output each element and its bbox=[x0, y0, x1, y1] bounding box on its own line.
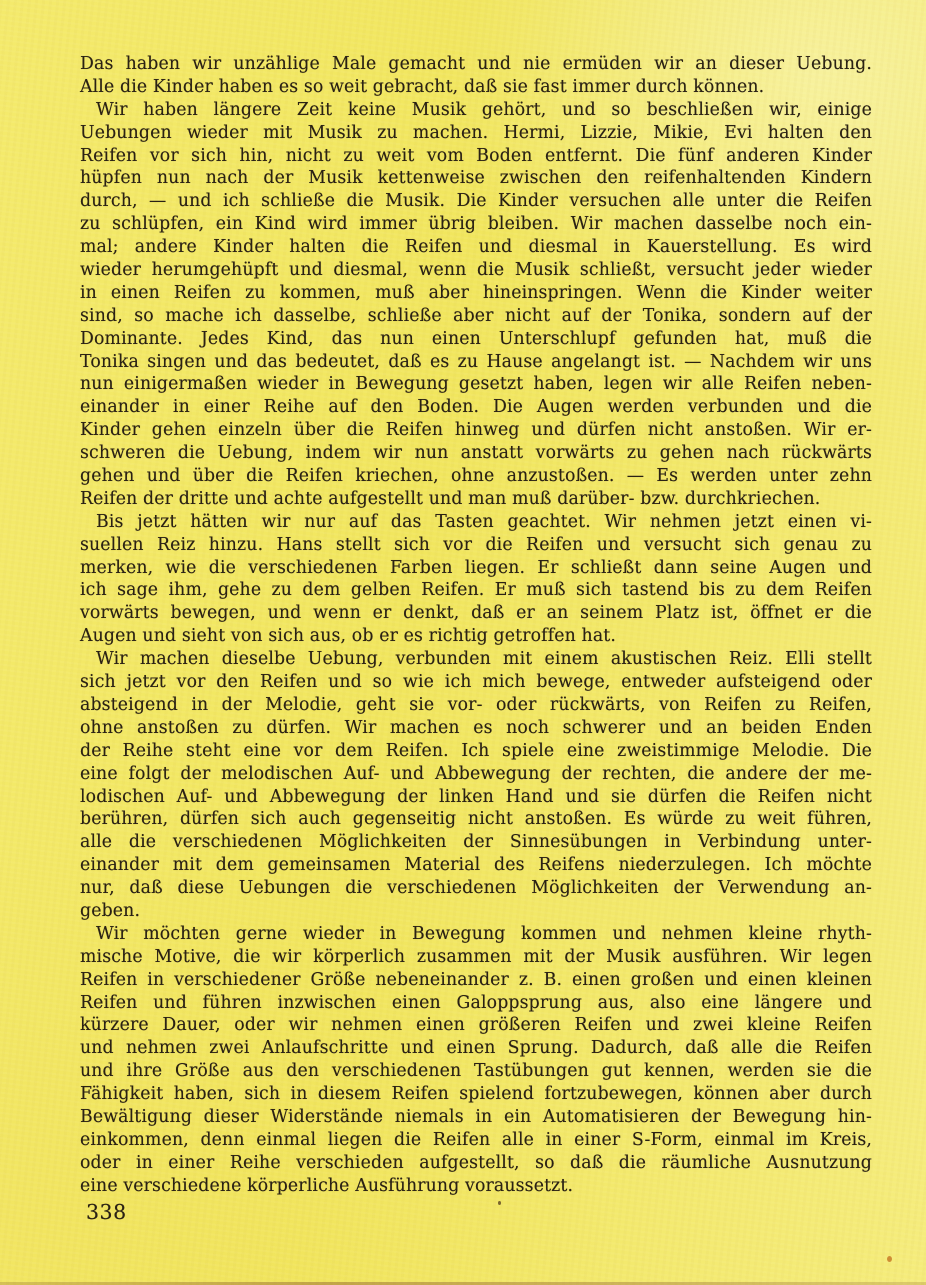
text-line: Wir möchten gerne wieder in Bewegung kom… bbox=[80, 923, 872, 946]
paper-speck bbox=[887, 1256, 892, 1262]
text-line: einander mit dem gemeinsamen Material de… bbox=[80, 854, 872, 877]
text-line: Reifen und führen inzwischen einen Galop… bbox=[80, 992, 872, 1015]
text-line: Kinder gehen einzeln über die Reifen hin… bbox=[80, 419, 872, 442]
text-line: und nehmen zwei Anlaufschritte und einen… bbox=[80, 1037, 872, 1060]
text-line: sind, so mache ich dasselbe, schließe ab… bbox=[80, 305, 872, 328]
text-line: der Reihe steht eine vor dem Reifen. Ich… bbox=[80, 740, 872, 763]
text-line: Bis jetzt hätten wir nur auf das Tasten … bbox=[80, 511, 872, 534]
text-line: Reifen vor sich hin, nicht zu weit vom B… bbox=[80, 145, 872, 168]
text-line: nun einigermaßen wieder in Bewegung gese… bbox=[80, 373, 872, 396]
text-line: Reifen der dritte und achte aufgestellt … bbox=[80, 488, 872, 511]
text-line: berühren, dürfen sich auch gegenseitig n… bbox=[80, 808, 872, 831]
text-line: ohne anstoßen zu dürfen. Wir machen es n… bbox=[80, 717, 872, 740]
text-line: einkommen, denn einmal liegen die Reifen… bbox=[80, 1129, 872, 1152]
text-line: gehen und über die Reifen kriechen, ohne… bbox=[80, 465, 872, 488]
text-line: oder in einer Reihe verschieden aufgeste… bbox=[80, 1152, 872, 1175]
text-line: Uebungen wieder mit Musik zu machen. Her… bbox=[80, 122, 872, 145]
text-line: kürzere Dauer, oder wir nehmen einen grö… bbox=[80, 1014, 872, 1037]
text-line: ich sage ihm, gehe zu dem gelben Reifen.… bbox=[80, 579, 872, 602]
text-line: geben. bbox=[80, 900, 872, 923]
text-line: Tonika singen und das bedeutet, daß es z… bbox=[80, 351, 872, 374]
text-line: Dominante. Jedes Kind, das nun einen Unt… bbox=[80, 328, 872, 351]
text-line: merken, wie die verschiedenen Farben lie… bbox=[80, 557, 872, 580]
text-line: Reifen in verschiedener Größe nebeneinan… bbox=[80, 969, 872, 992]
text-line: mische Motive, die wir körperlich zusamm… bbox=[80, 946, 872, 969]
text-line: mal; andere Kinder halten die Reifen und… bbox=[80, 236, 872, 259]
text-line: eine folgt der melodischen Auf- und Abbe… bbox=[80, 763, 872, 786]
text-line: Alle die Kinder haben es so weit gebrach… bbox=[80, 76, 872, 99]
text-line: schweren die Uebung, indem wir nun ansta… bbox=[80, 442, 872, 465]
text-line: wieder herumgehüpft und diesmal, wenn di… bbox=[80, 259, 872, 282]
text-line: lodischen Auf- und Abbewegung der linken… bbox=[80, 786, 872, 809]
text-line: absteigend in der Melodie, geht sie vor-… bbox=[80, 694, 872, 717]
scanned-book-page: { "page": { "number": "338", "language":… bbox=[0, 0, 926, 1285]
text-line: Das haben wir unzählige Male gemacht und… bbox=[80, 53, 872, 76]
text-line: suellen Reiz hinzu. Hans stellt sich vor… bbox=[80, 534, 872, 557]
text-line: Fähigkeit haben, sich in diesem Reifen s… bbox=[80, 1083, 872, 1106]
page-text: Das haben wir unzählige Male gemacht und… bbox=[80, 53, 872, 1198]
text-line: Augen und sieht von sich aus, ob er es r… bbox=[80, 625, 872, 648]
text-line: nur, daß diese Uebungen die verschiedene… bbox=[80, 877, 872, 900]
text-line: vorwärts bewegen, und wenn er denkt, daß… bbox=[80, 602, 872, 625]
text-line: eine verschiedene körperliche Ausführung… bbox=[80, 1175, 872, 1198]
page-number: 338 bbox=[86, 1200, 127, 1224]
paper-speck bbox=[498, 1201, 501, 1205]
text-line: in einen Reifen zu kommen, muß aber hine… bbox=[80, 282, 872, 305]
text-line: einander in einer Reihe auf den Boden. D… bbox=[80, 396, 872, 419]
text-line: Wir machen dieselbe Uebung, verbunden mi… bbox=[80, 648, 872, 671]
text-line: alle die verschiedenen Möglichkeiten der… bbox=[80, 831, 872, 854]
text-line: zu schlüpfen, ein Kind wird immer übrig … bbox=[80, 213, 872, 236]
text-line: hüpfen nun nach der Musik kettenweise zw… bbox=[80, 167, 872, 190]
text-line: Bewältigung dieser Widerstände niemals i… bbox=[80, 1106, 872, 1129]
text-line: sich jetzt vor den Reifen und so wie ich… bbox=[80, 671, 872, 694]
text-line: durch, — und ich schließe die Musik. Die… bbox=[80, 190, 872, 213]
text-line: und ihre Größe aus den verschiedenen Tas… bbox=[80, 1060, 872, 1083]
text-line: Wir haben längere Zeit keine Musik gehör… bbox=[80, 99, 872, 122]
